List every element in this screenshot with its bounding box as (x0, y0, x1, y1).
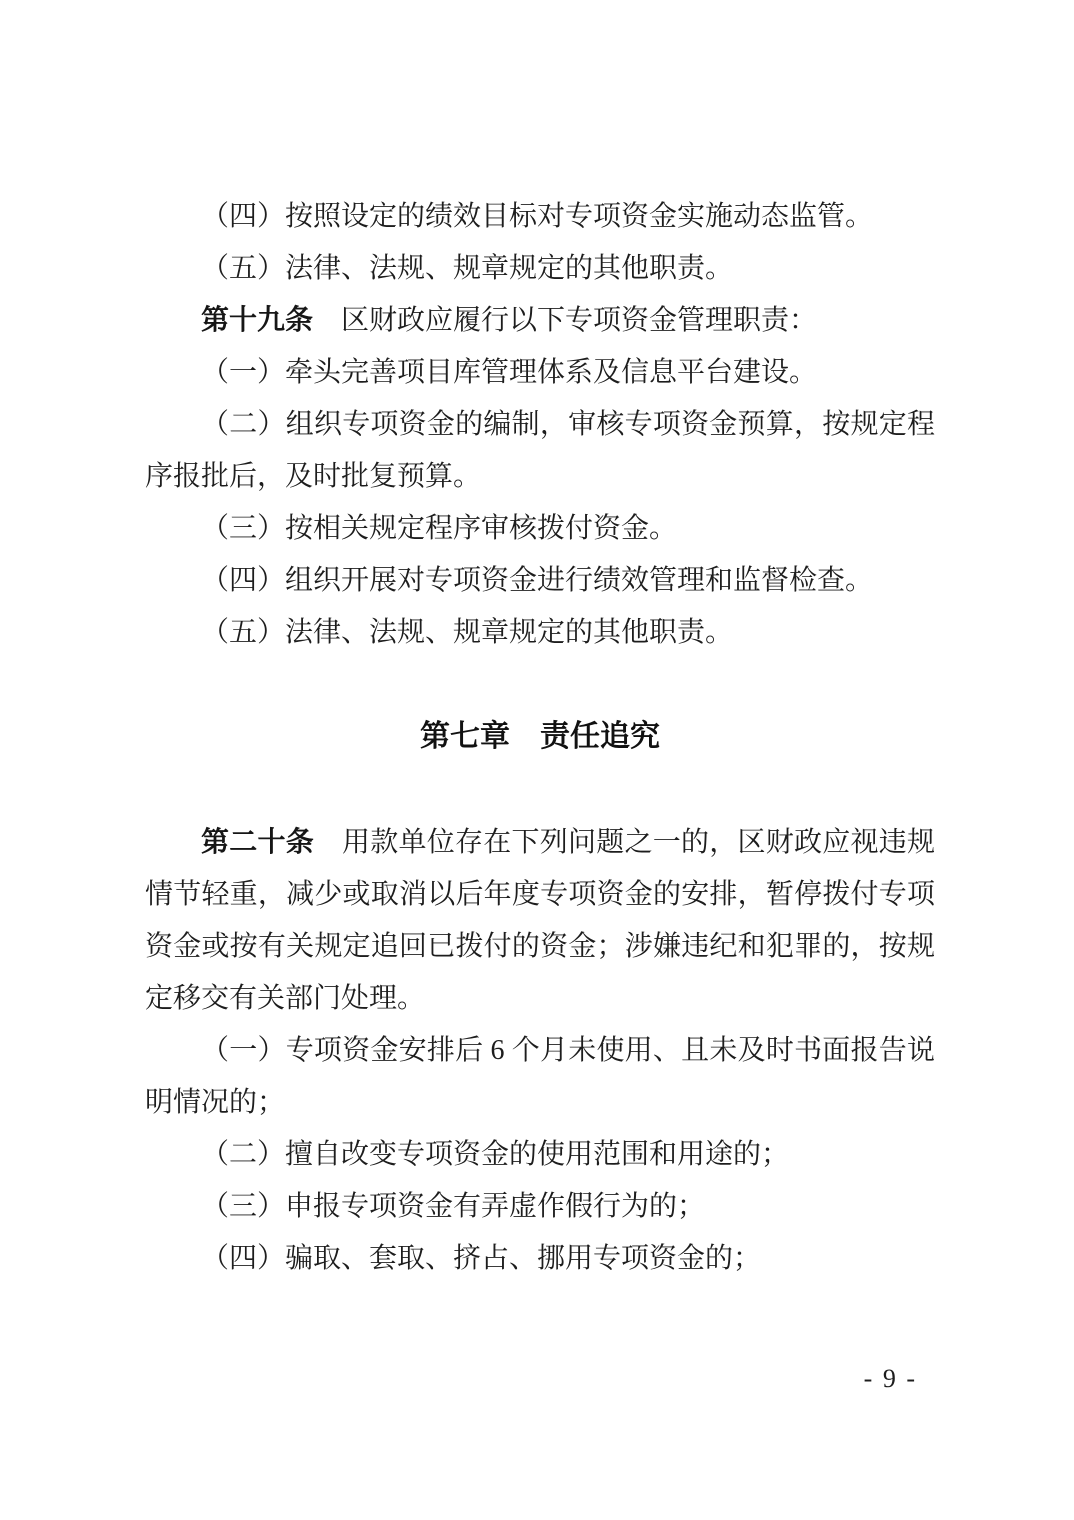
list-item: （四）组织开展对专项资金进行绩效管理和监督检查。 (145, 555, 935, 607)
list-item: （三）申报专项资金有弄虚作假行为的； (145, 1181, 935, 1233)
article-number-label: 第十九条 (201, 305, 313, 336)
chapter-number: 第七章 (420, 720, 510, 753)
chapter-title: 责任追究 (540, 720, 660, 753)
list-item: （五）法律、法规、规章规定的其他职责。 (145, 607, 935, 659)
article-number-label: 第二十条 (201, 827, 314, 858)
chapter-heading: 第七章责任追究 (145, 711, 935, 763)
list-item: （四）按照设定的绩效目标对专项资金实施动态监管。 (145, 191, 935, 243)
list-item: （一）专项资金安排后 6 个月未使用、且未及时书面报告说明情况的； (145, 1025, 935, 1129)
list-item: （二）擅自改变专项资金的使用范围和用途的； (145, 1129, 935, 1181)
list-item: （二）组织专项资金的编制，审核专项资金预算，按规定程序报批后，及时批复预算。 (145, 399, 935, 503)
article-paragraph: 第十九条区财政应履行以下专项资金管理职责： (145, 295, 935, 347)
list-item: （五）法律、法规、规章规定的其他职责。 (145, 243, 935, 295)
article-paragraph: 第二十条用款单位存在下列问题之一的，区财政应视违规情节轻重，减少或取消以后年度专… (145, 817, 935, 1025)
document-body: （四）按照设定的绩效目标对专项资金实施动态监管。 （五）法律、法规、规章规定的其… (145, 191, 935, 1285)
article-text: 区财政应履行以下专项资金管理职责： (341, 305, 817, 336)
list-item: （四）骗取、套取、挤占、挪用专项资金的； (145, 1233, 935, 1285)
page-number: - 9 - (864, 1364, 917, 1394)
list-item: （三）按相关规定程序审核拨付资金。 (145, 503, 935, 555)
list-item: （一）牵头完善项目库管理体系及信息平台建设。 (145, 347, 935, 399)
document-page: （四）按照设定的绩效目标对专项资金实施动态监管。 （五）法律、法规、规章规定的其… (0, 0, 1074, 1520)
